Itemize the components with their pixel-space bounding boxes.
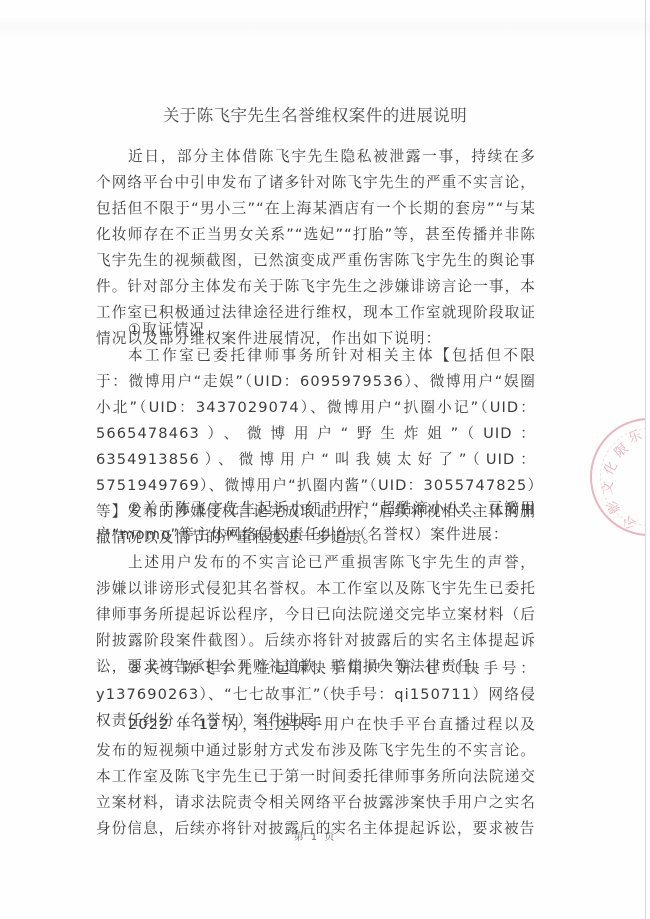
scan-edge-line (645, 0, 646, 919)
company-seal-stamp: 乐 限 化 文 影 公 (590, 418, 645, 536)
seal-char: 文 (596, 480, 616, 495)
document-page: 关于陈飞宇先生名誉维权案件的进展说明 近日，部分主体借陈飞宇先生隐私被泄露一事，… (0, 0, 650, 919)
seal-clip-region: 乐 限 化 文 影 公 (0, 0, 645, 919)
